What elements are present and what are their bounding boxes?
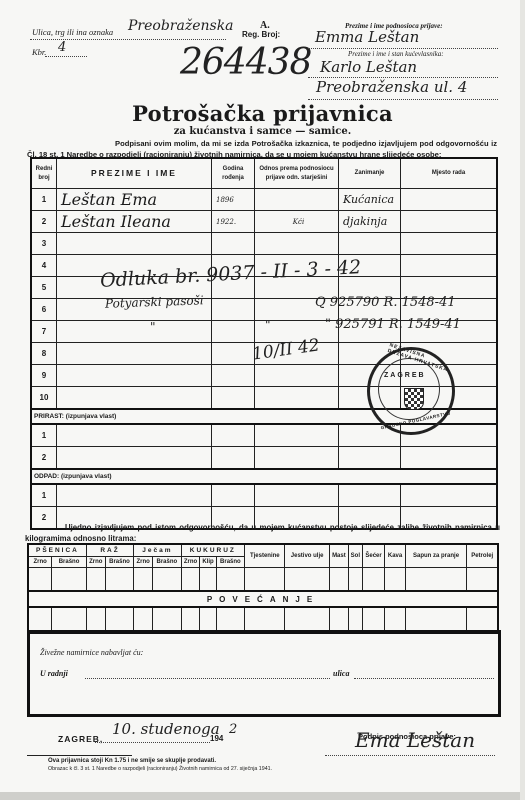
document-subtitle: za kućanstva i samce — samice. <box>0 126 525 137</box>
name-cell[interactable] <box>57 447 212 470</box>
sub-header-grain: Zrno <box>86 557 105 568</box>
row-number: 4 <box>31 255 57 277</box>
coat-of-arms-icon <box>404 388 424 410</box>
year-prefix: 194 <box>210 734 223 743</box>
col-header-coffee: Kava <box>385 544 405 568</box>
owner-address-field[interactable]: Preobraženska ul. 4 <box>316 78 467 96</box>
stock-cell[interactable] <box>52 607 87 631</box>
col-header-sugar: Šećer <box>362 544 385 568</box>
row-number: 10 <box>31 387 57 410</box>
owner-label: Prezime i ime i stan kućevlasnika: <box>348 50 444 58</box>
workplace-cell[interactable] <box>401 447 498 470</box>
shop-street-field[interactable] <box>354 678 494 679</box>
year-cell[interactable] <box>212 484 255 507</box>
footer-divider <box>27 755 132 756</box>
workplace-cell[interactable] <box>401 233 498 255</box>
stock-cell[interactable] <box>285 568 329 592</box>
name-cell[interactable] <box>57 424 212 447</box>
owner-address-underline <box>308 99 498 100</box>
row-number: 1 <box>31 424 57 447</box>
col-header-relation: Odnos prema podnosiocu prijave odn. star… <box>255 158 339 189</box>
house-number-underline <box>45 56 87 57</box>
row-number: 1 <box>31 189 57 211</box>
table-row: 2 Leštan Ileana 1922. Kći djakinja <box>31 211 497 233</box>
year-cell[interactable]: 1922. <box>212 211 255 233</box>
stock-cell[interactable] <box>153 568 181 592</box>
stock-increase-data-row <box>28 607 498 631</box>
stock-cell[interactable] <box>467 568 498 592</box>
year-field[interactable]: 2 <box>229 722 237 737</box>
stamp-center-text: ZAGREB <box>384 372 426 379</box>
name-cell[interactable] <box>57 233 212 255</box>
stock-cell[interactable] <box>200 607 216 631</box>
relation-cell[interactable] <box>255 447 339 470</box>
occupation-cell[interactable] <box>339 233 401 255</box>
table-row: 1 Leštan Ema 1896 Kućanica <box>31 189 497 211</box>
stock-cell[interactable] <box>245 568 285 592</box>
col-header-soap: Sapun za pranje <box>405 544 467 568</box>
stock-cell[interactable] <box>405 607 467 631</box>
year-cell[interactable] <box>212 447 255 470</box>
occupation-cell[interactable]: djakinja <box>339 211 401 233</box>
stock-cell[interactable] <box>385 607 405 631</box>
stock-cell[interactable] <box>105 607 133 631</box>
col-header-oil: Jestivo ulje <box>285 544 329 568</box>
date-underline <box>95 742 210 743</box>
name-cell[interactable] <box>57 387 212 410</box>
stock-cell[interactable] <box>105 568 133 592</box>
workplace-cell[interactable] <box>401 255 498 277</box>
relation-cell[interactable] <box>255 365 339 387</box>
stock-cell[interactable] <box>181 568 200 592</box>
reg-number-label: Reg. Broj: <box>242 30 280 39</box>
year-cell[interactable] <box>212 365 255 387</box>
signature-field[interactable]: Ema Leštan <box>355 728 475 752</box>
stock-cell[interactable] <box>349 568 363 592</box>
row-number: 2 <box>31 211 57 233</box>
row-number: 2 <box>31 447 57 470</box>
sub-header-flour: Brašno <box>153 557 181 568</box>
group-header-corn: KUKURUZ <box>181 544 245 557</box>
table-row: 1 <box>31 484 497 507</box>
reg-number-field[interactable]: 264438 <box>180 42 311 83</box>
stock-cell[interactable] <box>385 568 405 592</box>
sub-header-grain: Zrno <box>28 557 52 568</box>
street-label: Ulica, trg ili ina oznaka <box>32 27 113 37</box>
workplace-cell[interactable] <box>401 189 498 211</box>
year-cell[interactable] <box>212 387 255 410</box>
stock-declaration-text: Ujedno izjavljujem pod istom odgovornošć… <box>25 522 500 544</box>
street-field[interactable]: Preobraženska <box>128 18 228 34</box>
stock-cell[interactable] <box>467 607 498 631</box>
col-header-no: Redni broj <box>31 158 57 189</box>
stock-cell[interactable] <box>362 568 385 592</box>
name-cell[interactable]: Leštan Ileana <box>57 211 212 233</box>
stock-cell[interactable] <box>216 607 244 631</box>
workplace-cell[interactable] <box>401 211 498 233</box>
col-header-pasta: Tjestenine <box>245 544 285 568</box>
signature-underline <box>325 755 495 756</box>
name-cell[interactable]: Leštan Ema <box>57 189 212 211</box>
shop-name-field[interactable] <box>85 678 330 679</box>
occupation-cell[interactable]: Kućanica <box>339 189 401 211</box>
price-note: Ova prijavnica stoji Kn 1.75 i ne smije … <box>48 758 216 764</box>
stock-cell[interactable] <box>216 568 244 592</box>
year-cell[interactable] <box>212 424 255 447</box>
name-cell[interactable] <box>57 484 212 507</box>
stock-cell[interactable] <box>28 607 52 631</box>
row-number: 1 <box>31 484 57 507</box>
stock-cell[interactable] <box>329 568 348 592</box>
col-header-occupation: Zanimanje <box>339 158 401 189</box>
ditto-mark: " <box>265 318 271 332</box>
year-cell[interactable]: 1896 <box>212 189 255 211</box>
increase-row: POVEĆANJE <box>28 591 498 607</box>
increase-label: POVEĆANJE <box>28 591 498 607</box>
sub-header-grain: Zrno <box>134 557 153 568</box>
stock-cell[interactable] <box>245 607 285 631</box>
row-number: 8 <box>31 343 57 365</box>
sub-header-cob: Klip <box>200 557 216 568</box>
col-header-salt: Sol <box>349 544 363 568</box>
col-header-year: Godina rođenja <box>212 158 255 189</box>
stock-cell[interactable] <box>362 607 385 631</box>
group-header-barley: Ječam <box>134 544 181 557</box>
name-cell[interactable] <box>57 365 212 387</box>
scan-bottom-edge <box>0 792 525 800</box>
decrease-section-row: ODPAD: (izpunjava vlast) <box>31 469 497 484</box>
name-cell[interactable] <box>57 343 212 365</box>
stock-cell[interactable] <box>153 607 181 631</box>
relation-cell[interactable] <box>255 387 339 410</box>
stock-group-header-row: PŠENICA RAŽ Ječam KUKURUZ Tjestenine Jes… <box>28 544 498 557</box>
year-cell[interactable] <box>212 343 255 365</box>
stock-cell[interactable] <box>285 607 329 631</box>
stock-cell[interactable] <box>52 568 87 592</box>
sub-header-grain: Zrno <box>181 557 200 568</box>
row-number: 6 <box>31 299 57 321</box>
stock-data-row <box>28 568 498 592</box>
col-header-name: PREZIME I IME <box>57 158 212 189</box>
stock-cell[interactable] <box>134 568 153 592</box>
workplace-cell[interactable] <box>401 484 498 507</box>
group-header-rye: RAŽ <box>86 544 133 557</box>
year-cell[interactable] <box>212 233 255 255</box>
official-stamp: NEZAVISNA DRŽAVA HRVATSKA ZAGREB GRADSKO… <box>367 347 455 435</box>
persons-header-row: Redni broj PREZIME I IME Godina rođenja … <box>31 158 497 189</box>
shop-label: U radnji <box>40 669 68 678</box>
group-header-wheat: PŠENICA <box>28 544 86 557</box>
stock-cell[interactable] <box>86 607 105 631</box>
relation-cell[interactable] <box>255 424 339 447</box>
relation-cell[interactable]: Kći <box>255 211 339 233</box>
stock-cell[interactable] <box>349 607 363 631</box>
row-number: 3 <box>31 233 57 255</box>
stock-cell[interactable] <box>28 568 52 592</box>
stock-cell[interactable] <box>329 607 348 631</box>
stock-cell[interactable] <box>405 568 467 592</box>
table-row: 2 <box>31 447 497 470</box>
owner-name-field[interactable]: Karlo Leštan <box>320 58 417 76</box>
stock-cell[interactable] <box>134 607 153 631</box>
applicant-field[interactable]: Emma Leštan <box>315 28 419 46</box>
row-number: 7 <box>31 321 57 343</box>
table-row: 3 <box>31 233 497 255</box>
form-reference-note: Obrazac k čl. 3 st. 1 Naredbe o razpodje… <box>48 766 272 772</box>
house-number-field[interactable]: 4 <box>58 40 66 55</box>
date-field[interactable]: 10. studenoga <box>112 720 220 738</box>
sub-header-flour: Brašno <box>105 557 133 568</box>
stock-cell[interactable] <box>181 607 200 631</box>
relation-cell[interactable] <box>255 484 339 507</box>
passport-number-2: " 925791 R. 1549-41 <box>325 317 461 332</box>
year-cell[interactable] <box>212 299 255 321</box>
occupation-cell[interactable] <box>339 484 401 507</box>
col-header-lard: Mast <box>329 544 348 568</box>
col-header-workplace: Mjesto rada <box>401 158 498 189</box>
sub-header-flour: Brašno <box>52 557 87 568</box>
name-cell[interactable] <box>57 321 212 343</box>
sub-header-flour: Brašno <box>216 557 244 568</box>
stock-cell[interactable] <box>86 568 105 592</box>
shop-selection-box: Živežne namirnice nabavljat ću: U radnji… <box>27 630 501 717</box>
row-number: 9 <box>31 365 57 387</box>
stock-cell[interactable] <box>200 568 216 592</box>
occupation-cell[interactable] <box>339 447 401 470</box>
relation-cell[interactable] <box>255 233 339 255</box>
ditto-mark: " <box>150 320 156 334</box>
shop-intro-label: Živežne namirnice nabavljat ću: <box>40 648 143 657</box>
applicant-underline <box>308 48 498 49</box>
decrease-section-label: ODPAD: (izpunjava vlast) <box>31 469 497 484</box>
shop-street-label: ulica <box>333 669 349 678</box>
stock-table: PŠENICA RAŽ Ječam KUKURUZ Tjestenine Jes… <box>27 543 499 632</box>
col-header-kerosene: Petrolej <box>467 544 498 568</box>
scan-right-edge <box>520 0 525 800</box>
relation-cell[interactable] <box>255 189 339 211</box>
row-number: 5 <box>31 277 57 299</box>
document-title: Potrošačka prijavnica <box>0 101 525 126</box>
year-cell[interactable] <box>212 321 255 343</box>
passport-number-1: Q 925790 R. 1548-41 <box>315 295 456 310</box>
